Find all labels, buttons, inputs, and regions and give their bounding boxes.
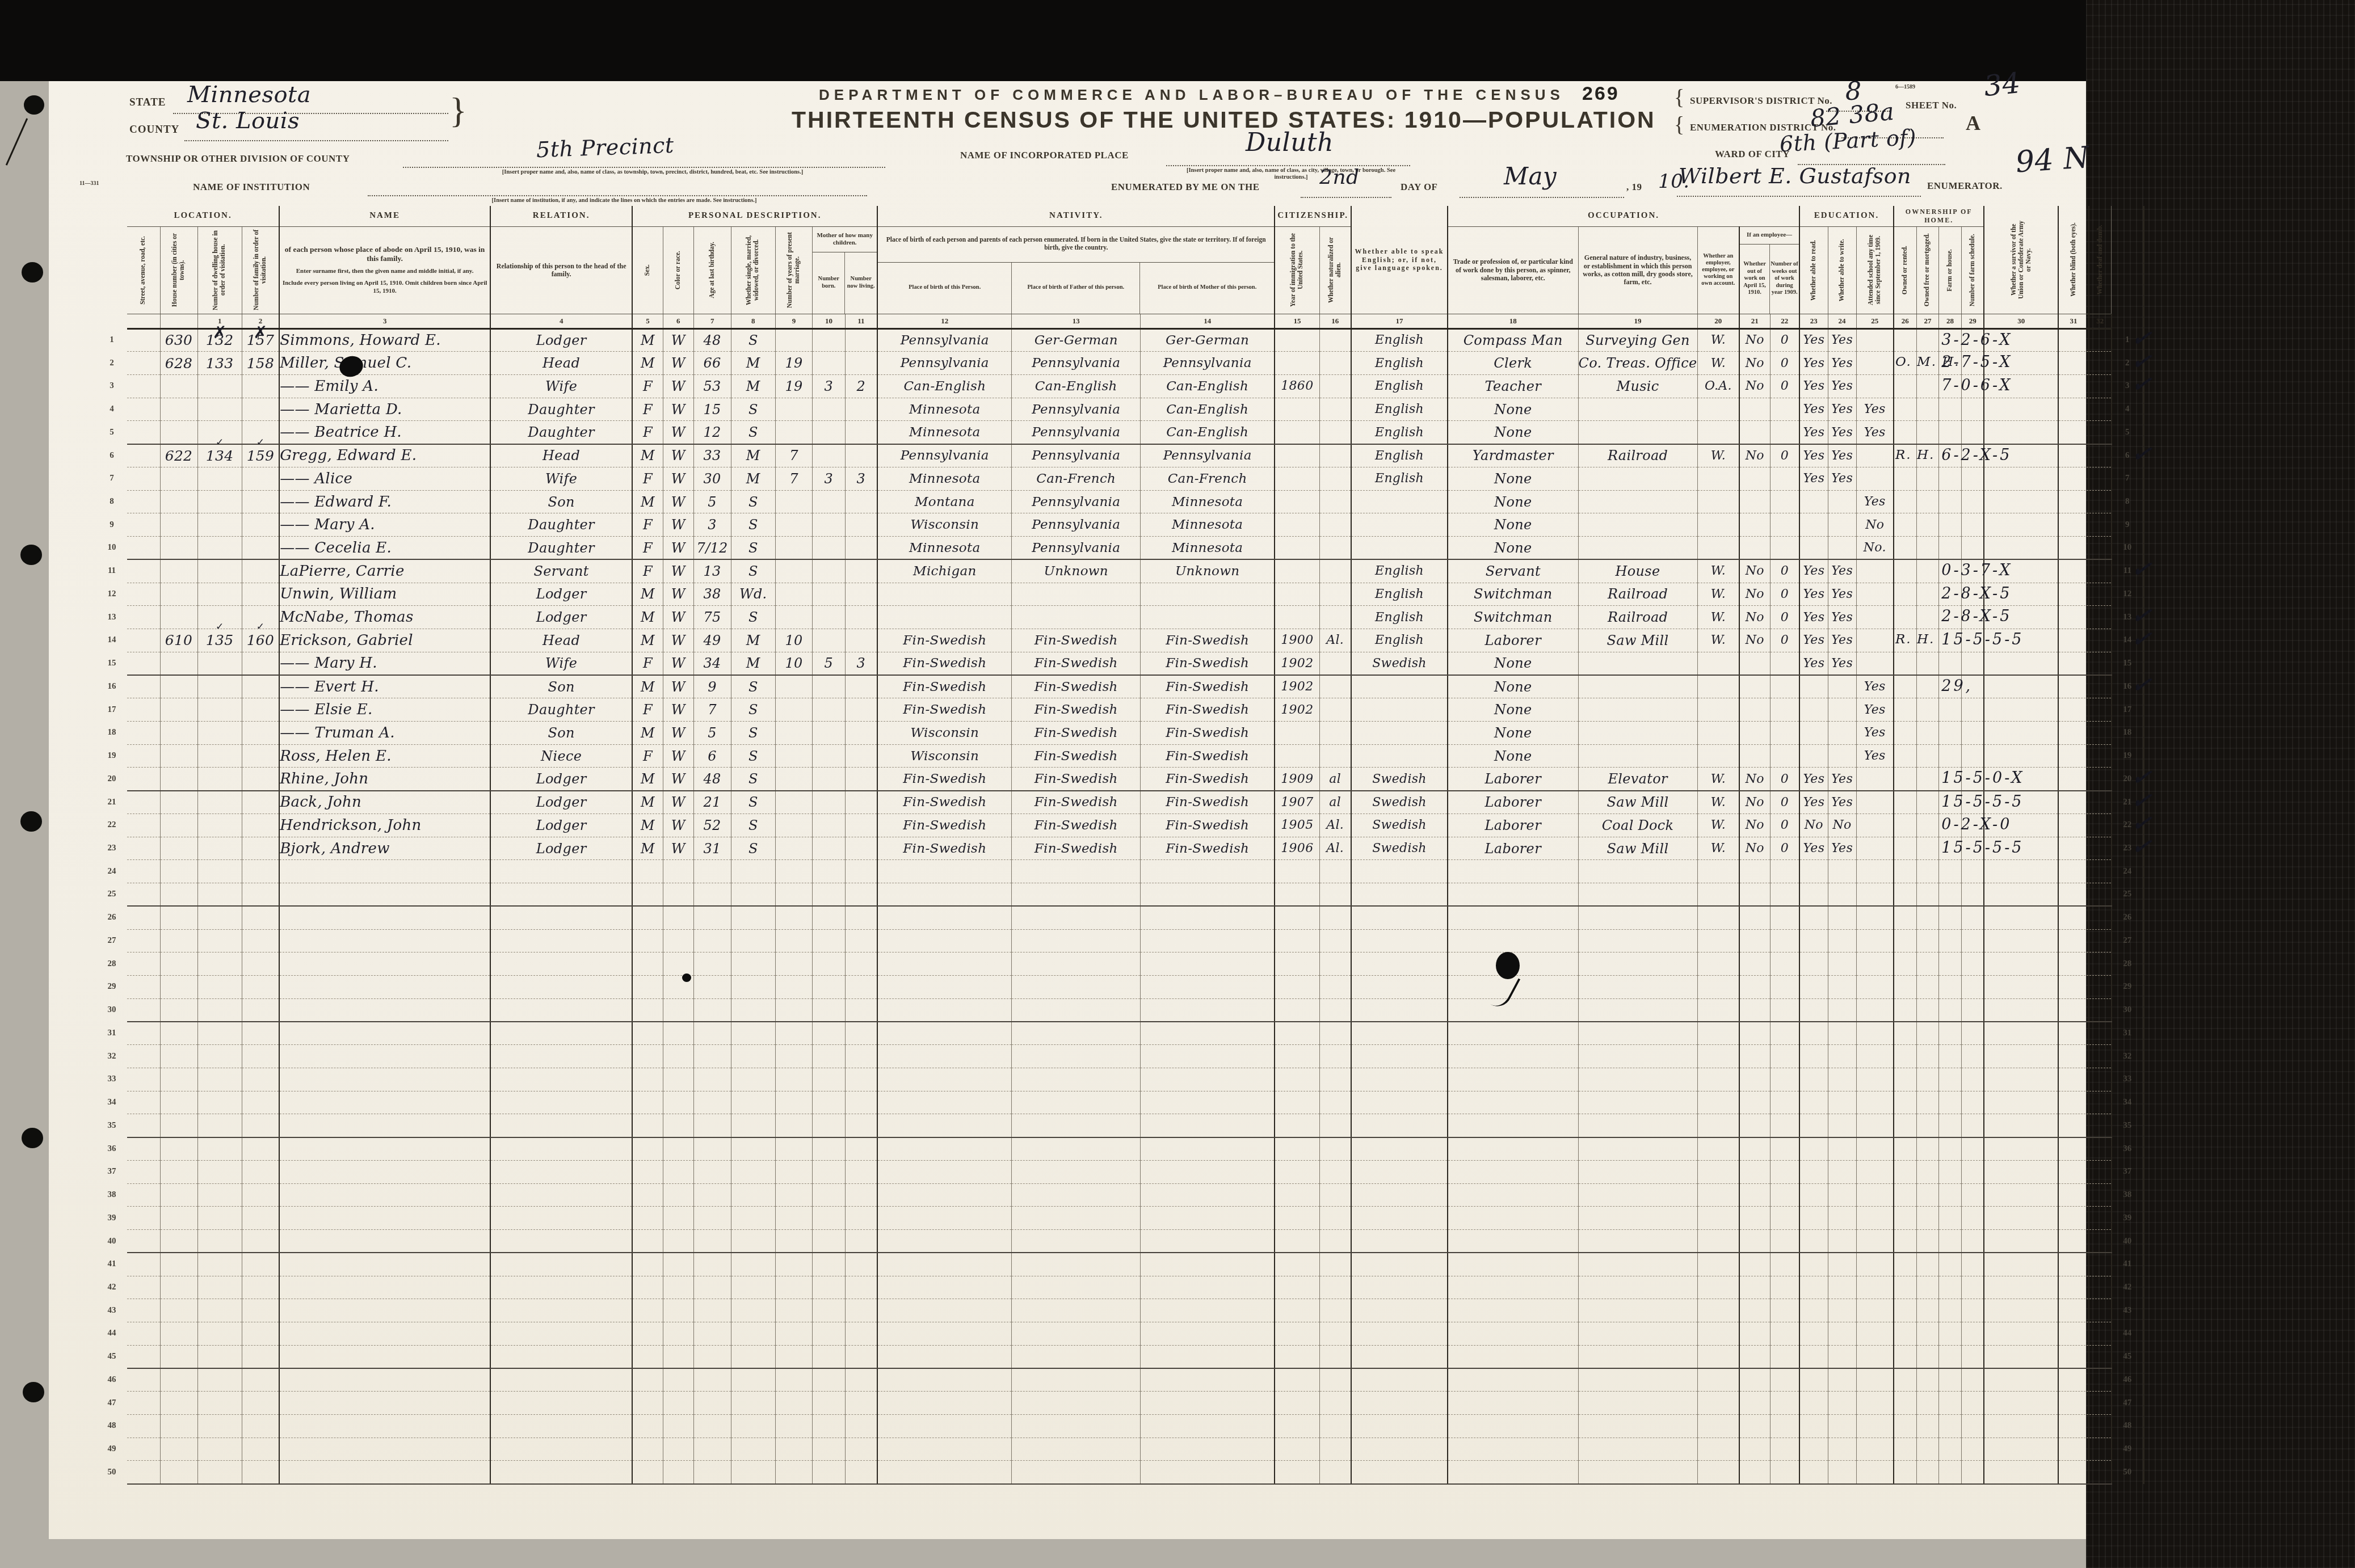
- township-line: [403, 166, 885, 168]
- column-number: 23: [1799, 314, 1828, 328]
- cell-pob: Fin-Swedish: [877, 768, 1012, 791]
- cell-mar: [731, 883, 775, 907]
- cell-born: [813, 906, 845, 929]
- cell-farm: [1939, 1114, 1962, 1137]
- cell-mar: [731, 1230, 775, 1253]
- cell-sched: [1961, 929, 1984, 952]
- cell-out: [1739, 1068, 1770, 1091]
- cell-name: —— Mary H.: [279, 652, 490, 675]
- cell-yrs: 19: [775, 352, 812, 375]
- cell-read: [1799, 1392, 1828, 1415]
- cell-lang: [1351, 1276, 1448, 1299]
- census-row-22: 22Hendrickson, JohnLodgerMW52SFin-Swedis…: [96, 813, 2143, 837]
- cell-name: [279, 1183, 490, 1207]
- cell-mort: [1916, 1160, 1939, 1183]
- cell-emp: W.: [1697, 837, 1739, 860]
- cell-pob: [877, 976, 1012, 999]
- cell-street: [127, 328, 160, 352]
- cell-fam: [242, 1160, 279, 1183]
- cell-emp: [1697, 1230, 1739, 1253]
- cell-wks: 0: [1770, 791, 1799, 814]
- cell-lang: [1351, 1045, 1448, 1068]
- line-number-left: 12: [96, 583, 127, 606]
- cell-name: —— Cecelia E.: [279, 537, 490, 560]
- cell-dwell: [197, 490, 242, 513]
- cell-sched: [1961, 652, 1984, 675]
- cell-mort: [1916, 883, 1939, 907]
- cell-color: [663, 1207, 693, 1230]
- cell-living: [845, 1091, 877, 1114]
- cell-color: [663, 1022, 693, 1045]
- cell-ind: [1578, 1368, 1697, 1392]
- cell-mar: [731, 860, 775, 883]
- cell-emp: W.: [1697, 559, 1739, 583]
- cell-fam: [242, 675, 279, 698]
- cell-ind: [1578, 1345, 1697, 1368]
- cell-read: [1799, 952, 1828, 976]
- cell-read: [1799, 744, 1828, 768]
- enumerated-month-line: [1460, 196, 1624, 198]
- cell-rel: Wife: [490, 467, 632, 490]
- cell-trade: Yardmaster: [1448, 444, 1578, 467]
- cell-sex: [632, 1438, 663, 1461]
- department-line: DEPARTMENT OF COMMERCE AND LABOR–BUREAU …: [817, 86, 1566, 104]
- cell-school: [1856, 768, 1894, 791]
- cell-trade: [1448, 1276, 1578, 1299]
- cell-yrs: [775, 537, 812, 560]
- cell-out: [1739, 490, 1770, 513]
- cell-pob: Fin-Swedish: [877, 837, 1012, 860]
- col-head-street: Street, avenue, road, etc.: [140, 236, 147, 305]
- cell-nat: al: [1319, 768, 1351, 791]
- cell-age: [693, 976, 731, 999]
- cell-imm: [1275, 860, 1319, 883]
- cell-yrs: [775, 698, 812, 722]
- cell-blind: [2058, 976, 2089, 999]
- cell-nat: [1319, 606, 1351, 629]
- cell-fam: [242, 374, 279, 398]
- cell-write: [1828, 698, 1856, 722]
- cell-ind: [1578, 998, 1697, 1022]
- cell-ind: [1578, 883, 1697, 907]
- cell-yrs: [775, 906, 812, 929]
- cell-street: [127, 513, 160, 537]
- census-row-1: 1630132✗157✗Simmons, Howard E.LodgerMW48…: [96, 328, 2143, 352]
- cell-read: Yes: [1799, 398, 1828, 421]
- tally-marks: 0-3-7-X: [1941, 562, 2012, 579]
- cell-farm: 6-2-X-5: [1939, 444, 1962, 467]
- cell-name: —— Beatrice H.: [279, 421, 490, 444]
- tally-marks: 7-0-6-X: [1941, 377, 2012, 394]
- cell-deaf: [2089, 976, 2112, 999]
- cell-emp: [1697, 421, 1739, 444]
- cell-dwell: [197, 675, 242, 698]
- cell-mort: [1916, 398, 1939, 421]
- cell-pobm: Pennsylvania: [1141, 352, 1275, 375]
- cell-age: 52: [693, 813, 731, 837]
- cell-deaf: [2089, 768, 2112, 791]
- cell-pobf: Fin-Swedish: [1012, 698, 1141, 722]
- cell-farm: [1939, 1438, 1962, 1461]
- census-row-34: 3434: [96, 1091, 2143, 1114]
- cell-read: [1799, 1322, 1828, 1346]
- cell-lang: [1351, 883, 1448, 907]
- cell-lang: [1351, 1137, 1448, 1161]
- cell-rel: [490, 1114, 632, 1137]
- cell-deaf: [2089, 998, 2112, 1022]
- cell-born: [813, 929, 845, 952]
- cell-nat: [1319, 860, 1351, 883]
- cell-born: [813, 1207, 845, 1230]
- cell-sex: [632, 1183, 663, 1207]
- line-number-left: 45: [96, 1345, 127, 1368]
- cell-pob: Wisconsin: [877, 744, 1012, 768]
- group-occupation: OCCUPATION.: [1448, 206, 1799, 226]
- cell-out: [1739, 1045, 1770, 1068]
- margin-check-mark: ✓: [2130, 369, 2154, 399]
- cell-surv: [1984, 1438, 2058, 1461]
- col-head-years-married: Number of years of present marriage.: [787, 229, 801, 311]
- cell-read: [1799, 1253, 1828, 1276]
- group-ownership: OWNERSHIP OF HOME.: [1894, 206, 1984, 226]
- tick-mark: ✓: [242, 621, 279, 633]
- cell-deaf: [2089, 490, 2112, 513]
- cell-out: [1739, 1207, 1770, 1230]
- cell-own: R. H.: [1894, 629, 1916, 652]
- cell-pobm: Pennsylvania: [1141, 444, 1275, 467]
- cell-street: [127, 629, 160, 652]
- cell-mort: [1916, 1022, 1939, 1045]
- cell-born: [813, 421, 845, 444]
- cell-pobm: Unknown: [1141, 559, 1275, 583]
- cell-dwell: [197, 1230, 242, 1253]
- cell-lang: English: [1351, 328, 1448, 352]
- cell-deaf: [2089, 952, 2112, 976]
- cell-pob: Can-English: [877, 374, 1012, 398]
- cell-pob: [877, 998, 1012, 1022]
- line-number-left: 37: [96, 1160, 127, 1183]
- cell-street: [127, 374, 160, 398]
- cell-sched: [1961, 1253, 1984, 1276]
- cell-color: [663, 1276, 693, 1299]
- cell-read: [1799, 513, 1828, 537]
- cell-trade: [1448, 1207, 1578, 1230]
- cell-pobf: [1012, 1022, 1141, 1045]
- cell-emp: [1697, 652, 1739, 675]
- cell-farm: [1939, 1299, 1962, 1322]
- census-row-21: 21Back, JohnLodgerMW21SFin-SwedishFin-Sw…: [96, 791, 2143, 814]
- cell-color: W: [663, 583, 693, 606]
- cell-sched: [1961, 537, 1984, 560]
- cell-dwell: [197, 583, 242, 606]
- cell-pobf: [1012, 583, 1141, 606]
- cell-name: [279, 1276, 490, 1299]
- cell-color: [663, 1091, 693, 1114]
- cell-rel: Son: [490, 675, 632, 698]
- cell-farm: [1939, 952, 1962, 976]
- cell-surv: [1984, 1183, 2058, 1207]
- cell-sex: [632, 1345, 663, 1368]
- cell-school: [1856, 1345, 1894, 1368]
- cell-living: [845, 883, 877, 907]
- cell-age: 7: [693, 698, 731, 722]
- cell-surv: [1984, 1022, 2058, 1045]
- margin-check-mark: ✓: [2130, 831, 2154, 861]
- cell-fam: [242, 1183, 279, 1207]
- cell-nat: [1319, 421, 1351, 444]
- cell-imm: [1275, 352, 1319, 375]
- cell-living: [845, 675, 877, 698]
- cell-lang: English: [1351, 583, 1448, 606]
- cell-house: 610: [160, 629, 197, 652]
- cell-color: W: [663, 791, 693, 814]
- cell-sex: [632, 1160, 663, 1183]
- column-number: 26: [1894, 314, 1916, 328]
- cell-blind: [2058, 1068, 2089, 1091]
- cell-pobm: Fin-Swedish: [1141, 675, 1275, 698]
- cell-school: [1856, 652, 1894, 675]
- cell-rel: [490, 1392, 632, 1415]
- cell-nat: [1319, 1392, 1351, 1415]
- cell-blind: [2058, 398, 2089, 421]
- cell-out: [1739, 906, 1770, 929]
- cell-living: [845, 1345, 877, 1368]
- ownership-note: R. H.: [1895, 632, 1935, 647]
- line-number-right: 4: [2112, 398, 2144, 421]
- cell-age: [693, 1068, 731, 1091]
- cell-sex: [632, 1253, 663, 1276]
- mother-label: Mother of how many children.: [813, 227, 877, 252]
- cell-lang: [1351, 906, 1448, 929]
- cell-ind: [1578, 1183, 1697, 1207]
- census-row-33: 3333: [96, 1068, 2143, 1091]
- cell-own: [1894, 1137, 1916, 1161]
- cell-blind: [2058, 421, 2089, 444]
- cell-lang: [1351, 744, 1448, 768]
- column-number: 28: [1939, 314, 1962, 328]
- census-row-43: 4343: [96, 1299, 2143, 1322]
- line-number-left: 18: [96, 721, 127, 744]
- cell-yrs: [775, 559, 812, 583]
- cell-own: [1894, 513, 1916, 537]
- cell-pobf: Pennsylvania: [1012, 490, 1141, 513]
- cell-fam: [242, 1438, 279, 1461]
- cell-sex: [632, 1045, 663, 1068]
- cell-pobf: [1012, 606, 1141, 629]
- cell-deaf: [2089, 537, 2112, 560]
- group-name: NAME: [279, 206, 490, 226]
- cell-out: No: [1739, 768, 1770, 791]
- cell-ind: [1578, 537, 1697, 560]
- census-row-40: 4040: [96, 1230, 2143, 1253]
- cell-sched: [1961, 1438, 1984, 1461]
- incorporated-line: [1166, 165, 1410, 166]
- cell-born: [813, 791, 845, 814]
- cell-wks: [1770, 398, 1799, 421]
- cell-surv: [1984, 1045, 2058, 1068]
- cell-ind: [1578, 1091, 1697, 1114]
- cell-wks: 0: [1770, 629, 1799, 652]
- cell-out: [1739, 998, 1770, 1022]
- cell-dwell: [197, 1160, 242, 1183]
- cell-blind: [2058, 1438, 2089, 1461]
- cell-farm: [1939, 1368, 1962, 1392]
- cell-mar: [731, 1253, 775, 1276]
- cell-school: Yes: [1856, 490, 1894, 513]
- cell-age: 7/12: [693, 537, 731, 560]
- col-head-read: Whether able to read.: [1810, 240, 1818, 301]
- cell-rel: Lodger: [490, 328, 632, 352]
- line-number-left: 3: [96, 374, 127, 398]
- cell-trade: [1448, 929, 1578, 952]
- cell-nat: [1319, 1345, 1351, 1368]
- cell-ind: Saw Mill: [1578, 629, 1697, 652]
- incorporated-place-label: NAME OF INCORPORATED PLACE: [960, 150, 1129, 161]
- cell-name: McNabe, Thomas: [279, 606, 490, 629]
- cell-rel: [490, 1253, 632, 1276]
- cell-trade: Servant: [1448, 559, 1578, 583]
- cell-trade: [1448, 1183, 1578, 1207]
- cell-blind: [2058, 1368, 2089, 1392]
- line-number-left: 34: [96, 1091, 127, 1114]
- cell-street: [127, 976, 160, 999]
- cell-name: Hendrickson, John: [279, 813, 490, 837]
- cell-mort: [1916, 929, 1939, 952]
- cell-house: [160, 583, 197, 606]
- cell-out: [1739, 1230, 1770, 1253]
- cell-name: [279, 860, 490, 883]
- cell-farm: 2-7-5-X: [1939, 352, 1962, 375]
- cell-living: [845, 952, 877, 976]
- cell-mar: S: [731, 537, 775, 560]
- cell-ind: [1578, 1299, 1697, 1322]
- cell-age: [693, 1114, 731, 1137]
- cell-own: [1894, 490, 1916, 513]
- cell-imm: [1275, 1045, 1319, 1068]
- cell-surv: [1984, 652, 2058, 675]
- cell-blind: [2058, 1276, 2089, 1299]
- cell-lang: English: [1351, 606, 1448, 629]
- line-number-left: 23: [96, 837, 127, 860]
- cell-blind: [2058, 1160, 2089, 1183]
- cell-read: [1799, 976, 1828, 999]
- cell-age: [693, 1091, 731, 1114]
- cell-nat: [1319, 374, 1351, 398]
- cell-fam: [242, 1253, 279, 1276]
- cell-sex: F: [632, 467, 663, 490]
- cell-yrs: [775, 1091, 812, 1114]
- cell-color: W: [663, 675, 693, 698]
- column-number: 17: [1351, 314, 1448, 328]
- cell-pobf: [1012, 1415, 1141, 1438]
- cell-own: [1894, 1022, 1916, 1045]
- cell-farm: [1939, 490, 1962, 513]
- cell-blind: [2058, 1322, 2089, 1346]
- cell-born: 5: [813, 652, 845, 675]
- cell-blind: [2058, 652, 2089, 675]
- cell-rel: Head: [490, 444, 632, 467]
- cell-school: [1856, 837, 1894, 860]
- cell-blind: [2058, 490, 2089, 513]
- cell-own: [1894, 744, 1916, 768]
- cell-pobf: [1012, 1438, 1141, 1461]
- cell-own: [1894, 1345, 1916, 1368]
- cell-sched: [1961, 1183, 1984, 1207]
- cell-pobm: [1141, 952, 1275, 976]
- cell-surv: [1984, 906, 2058, 929]
- cell-lang: [1351, 1183, 1448, 1207]
- cell-born: [813, 1276, 845, 1299]
- cell-school: [1856, 583, 1894, 606]
- cell-wks: [1770, 421, 1799, 444]
- column-number: 21: [1739, 314, 1770, 328]
- cell-deaf: [2089, 606, 2112, 629]
- col-head-survivor: Whether a survivor of the Union or Confe…: [2011, 219, 2033, 301]
- cell-ind: Railroad: [1578, 583, 1697, 606]
- line-number-left: 20: [96, 768, 127, 791]
- cell-wks: [1770, 652, 1799, 675]
- col-head-school: Attended school any time since September…: [1868, 229, 1882, 311]
- cell-lang: [1351, 1253, 1448, 1276]
- cell-own: [1894, 606, 1916, 629]
- cell-read: [1799, 698, 1828, 722]
- cell-emp: [1697, 1299, 1739, 1322]
- col-head-industry: General nature of industry, business, or…: [1579, 252, 1697, 288]
- cell-color: W: [663, 398, 693, 421]
- cell-surv: [1984, 721, 2058, 744]
- cell-sex: [632, 860, 663, 883]
- cell-emp: W.: [1697, 328, 1739, 352]
- cell-rel: [490, 1183, 632, 1207]
- cell-mort: [1916, 513, 1939, 537]
- line-number-left: 15: [96, 652, 127, 675]
- cell-out: [1739, 1415, 1770, 1438]
- census-row-13: 13McNabe, ThomasLodgerMW75SEnglishSwitch…: [96, 606, 2143, 629]
- cell-sched: [1961, 952, 1984, 976]
- cell-imm: [1275, 1230, 1319, 1253]
- column-number: 5: [632, 314, 663, 328]
- cell-school: Yes: [1856, 398, 1894, 421]
- cell-emp: [1697, 883, 1739, 907]
- table-body: 1630132✗157✗Simmons, Howard E.LodgerMW48…: [96, 328, 2143, 1484]
- cell-age: [693, 1368, 731, 1392]
- cell-wks: [1770, 513, 1799, 537]
- cell-mort: [1916, 1137, 1939, 1161]
- col-head-marital: Whether single, married, widowed, or div…: [746, 229, 760, 311]
- cell-pobm: [1141, 1114, 1275, 1137]
- cell-born: [813, 513, 845, 537]
- cell-yrs: [775, 1022, 812, 1045]
- cell-living: [845, 976, 877, 999]
- cell-sex: F: [632, 744, 663, 768]
- cell-age: 21: [693, 791, 731, 814]
- cell-pob: [877, 952, 1012, 976]
- cell-rel: Daughter: [490, 421, 632, 444]
- cell-pobf: [1012, 1253, 1141, 1276]
- census-row-28: 2828: [96, 952, 2143, 976]
- cell-own: [1894, 998, 1916, 1022]
- cell-name: [279, 1438, 490, 1461]
- cell-sched: [1961, 998, 1984, 1022]
- cell-lang: English: [1351, 629, 1448, 652]
- col-head-employer: Whether an employer, employee, or workin…: [1698, 252, 1739, 288]
- cell-mort: [1916, 1207, 1939, 1230]
- cell-wks: [1770, 1253, 1799, 1276]
- cell-surv: [1984, 1299, 2058, 1322]
- cell-own: [1894, 1114, 1916, 1137]
- cell-own: [1894, 1230, 1916, 1253]
- cell-nat: [1319, 583, 1351, 606]
